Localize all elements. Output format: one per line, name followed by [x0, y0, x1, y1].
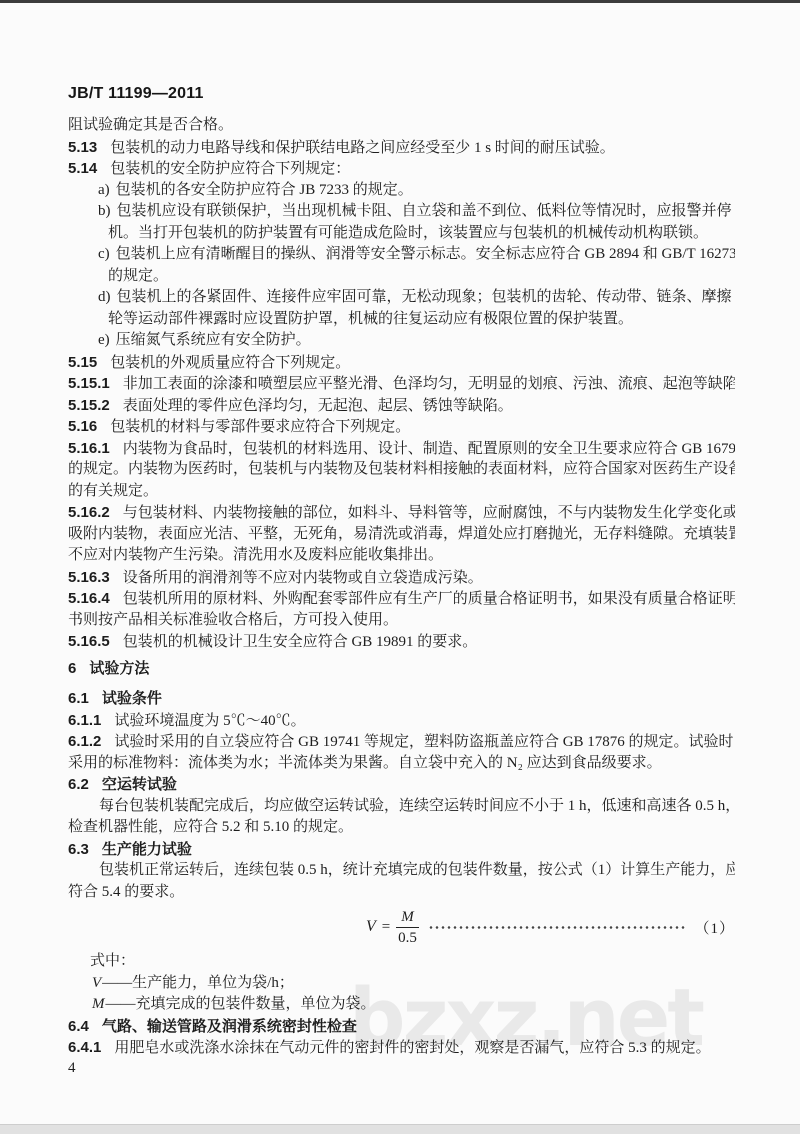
clause-number: 6.4	[68, 1018, 89, 1035]
line-text: 的规定。内装物为医药时，包装机与内装物及包装材料相接触的表面材料，应符合国家对医…	[68, 461, 735, 477]
clause-number: 5.16	[68, 418, 97, 435]
line-text: 阻试验确定其是否合格。	[68, 117, 233, 133]
formula-equals: =	[382, 919, 390, 936]
text-line: 5.16.1内装物为食品时，包装机的材料选用、设计、制造、配置原则的安全卫生要求…	[68, 438, 735, 460]
text-line: 书则按产品相关标准验收合格后，方可投入使用。	[68, 610, 735, 632]
text-line: 轮等运动部件裸露时应设置防护罩，机械的往复运动应有极限位置的保护装置。	[68, 309, 735, 331]
clause-number: 5.15.2	[68, 397, 110, 414]
text-line: 的规定。内装物为医药时，包装机与内装物及包装材料相接触的表面材料，应符合国家对医…	[68, 459, 735, 481]
line-text: 书则按产品相关标准验收合格后，方可投入使用。	[68, 612, 398, 628]
formula-dot-leader	[428, 926, 686, 929]
line-text: 生产能力试验	[102, 841, 192, 858]
formula-equation-number: （1）	[694, 917, 735, 938]
scan-top-edge	[0, 0, 800, 3]
line-text: 包装机的机械设计卫生安全应符合 GB 19891 的要求。	[123, 634, 478, 650]
line-text: 轮等运动部件裸露时应设置防护罩，机械的往复运动应有极限位置的保护装置。	[108, 311, 633, 327]
clause-number: 6.4.1	[68, 1039, 101, 1056]
list-item: e)压缩氮气系统应有安全防护。	[68, 330, 735, 352]
line-text: 与包装材料、内装物接触的部位，如料斗、导料管等，应耐腐蚀，不与内装物发生化学变化…	[123, 505, 735, 521]
text-line: 式中：	[68, 951, 735, 973]
clause-number: 5.15.1	[68, 375, 110, 392]
line-text: 的有关规定。	[68, 483, 158, 499]
text-line: 的有关规定。	[68, 481, 735, 503]
formula-variable-definition: M——充填完成的包装件数量，单位为袋。	[68, 994, 735, 1016]
formula-fraction: M 0.5	[396, 908, 419, 947]
line-text: 机。当打开包装机的防护装置有可能造成危险时，该装置应与包装机的机械传动机构联锁。	[108, 225, 708, 241]
clause-heading: 6.3生产能力试验	[68, 839, 735, 861]
formula-lhs: V	[366, 918, 376, 936]
clause-heading: 6试验方法	[68, 658, 735, 680]
text-line: 6.1.2试验时采用的自立袋应符合 GB 19741 等规定，塑料防盗瓶盖应符合…	[68, 731, 735, 753]
clause-number: a)	[98, 182, 110, 198]
clause-number: 6.1.2	[68, 733, 101, 750]
scan-bottom-edge	[0, 1124, 800, 1134]
line-text: 包装机上的各紧固件、连接件应牢固可靠，无松动现象；包装机的齿轮、传动带、链条、摩…	[117, 289, 732, 305]
text-line: 5.16.4包装机所用的原材料、外购配套零部件应有生产厂的质量合格证明书，如果没…	[68, 588, 735, 610]
line-text: 式中：	[90, 953, 135, 969]
text-line: 5.16包装机的材料与零部件要求应符合下列规定。	[68, 416, 735, 438]
line-text: 吸附内装物，表面应光洁、平整，无死角，易清洗或消毒，焊道处应打磨抛光，无存料缝隙…	[68, 526, 735, 542]
clause-number: 5.16.5	[68, 633, 110, 650]
formula-denominator: 0.5	[398, 928, 417, 947]
text-line: 采用的标准物料：流体类为水；半流体类为果酱。自立袋中充入的 N₂ 应达到食品级要…	[68, 753, 735, 775]
line-text: 试验条件	[102, 690, 162, 707]
formula-numerator: M	[396, 908, 419, 928]
line-text: ——生产能力，单位为袋/h；	[102, 975, 294, 991]
line-text: 用肥皂水或洗涤水涂抹在气动元件的密封件的密封处，观察是否漏气，应符合 5.3 的…	[114, 1040, 710, 1056]
text-line: 检查机器性能，应符合 5.2 和 5.10 的规定。	[68, 817, 735, 839]
clause-heading: 6.1试验条件	[68, 688, 735, 710]
formula-symbol: M	[92, 996, 105, 1012]
formula-variable-definition: V——生产能力，单位为袋/h；	[68, 973, 735, 995]
list-item: b)包装机应设有联锁保护，当出现机械卡阻、自立袋和盖不到位、低料位等情况时，应报…	[68, 201, 735, 223]
line-text: 包装机正常运转后，连续包装 0.5 h，统计充填完成的包装件数量，按公式（1）计…	[99, 862, 735, 878]
text-line: 吸附内装物，表面应光洁、平整，无死角，易清洗或消毒，焊道处应打磨抛光，无存料缝隙…	[68, 524, 735, 546]
body-section-b: 式中：V——生产能力，单位为袋/h；M——充填完成的包装件数量，单位为袋。6.4…	[68, 951, 735, 1059]
text-line: 5.16.3设备所用的润滑剂等不应对内装物或自立袋造成污染。	[68, 567, 735, 589]
line-text: 试验环境温度为 5℃～40℃。	[114, 713, 305, 729]
line-text: 气路、输送管路及润滑系统密封性检查	[102, 1018, 357, 1035]
formula-symbol: V	[92, 975, 101, 991]
line-text: 设备所用的润滑剂等不应对内装物或自立袋造成污染。	[123, 570, 483, 586]
clause-number: 5.16.4	[68, 590, 110, 607]
line-text: ——充填完成的包装件数量，单位为袋。	[106, 996, 376, 1012]
clause-number: b)	[98, 203, 111, 219]
line-text: 检查机器性能，应符合 5.2 和 5.10 的规定。	[68, 819, 353, 835]
line-text: 包装机所用的原材料、外购配套零部件应有生产厂的质量合格证明书，如果没有质量合格证…	[123, 591, 735, 607]
clause-number: 5.15	[68, 354, 97, 371]
text-line: 不应对内装物产生污染。清洗用水及废料应能收集排出。	[68, 545, 735, 567]
line-text: 试验方法	[89, 660, 149, 677]
text-line: 5.14包装机的安全防护应符合下列规定：	[68, 158, 735, 180]
clause-heading: 6.2空运转试验	[68, 774, 735, 796]
line-text: 内装物为食品时，包装机的材料选用、设计、制造、配置原则的安全卫生要求应符合 GB…	[123, 441, 735, 457]
text-line: 5.15.1非加工表面的涂漆和喷塑层应平整光滑、色泽均匀，无明显的划痕、污浊、流…	[68, 373, 735, 395]
list-item: d)包装机上的各紧固件、连接件应牢固可靠，无松动现象；包装机的齿轮、传动带、链条…	[68, 287, 735, 309]
document-body: 阻试验确定其是否合格。5.13包装机的动力电路导线和保护联结电路之间应经受至少 …	[68, 115, 735, 1059]
list-item: a)包装机的各安全防护应符合 JB 7233 的规定。	[68, 180, 735, 202]
line-text: 包装机应设有联锁保护，当出现机械卡阻、自立袋和盖不到位、低料位等情况时，应报警并…	[117, 203, 732, 219]
text-line: 阻试验确定其是否合格。	[68, 115, 735, 137]
document-standard-number: JB/T 11199—2011	[68, 85, 204, 103]
text-line: 每台包装机装配完成后，均应做空运转试验，连续空运转时间应不小于 1 h，低速和高…	[68, 796, 735, 818]
line-text: 采用的标准物料：流体类为水；半流体类为果酱。自立袋中充入的 N₂ 应达到食品级要…	[68, 755, 662, 771]
clause-number: d)	[98, 289, 111, 305]
text-line: 5.13包装机的动力电路导线和保护联结电路之间应经受至少 1 s 时间的耐压试验…	[68, 137, 735, 159]
line-text: 非加工表面的涂漆和喷塑层应平整光滑、色泽均匀，无明显的划痕、污浊、流痕、起泡等缺…	[123, 376, 735, 392]
clause-number: e)	[98, 332, 110, 348]
clause-number: 6.1	[68, 690, 89, 707]
clause-number: 5.14	[68, 160, 97, 177]
text-line: 5.15包装机的外观质量应符合下列规定。	[68, 352, 735, 374]
page-number: 4	[68, 1060, 76, 1077]
text-line: 5.16.5包装机的机械设计卫生安全应符合 GB 19891 的要求。	[68, 631, 735, 653]
line-text: 包装机上应有清晰醒目的操纵、润滑等安全警示标志。安全标志应符合 GB 2894 …	[116, 246, 735, 262]
text-line: 符合 5.4 的要求。	[68, 882, 735, 904]
text-line: 5.15.2表面处理的零件应色泽均匀，无起泡、起层、锈蚀等缺陷。	[68, 395, 735, 417]
line-text: 试验时采用的自立袋应符合 GB 19741 等规定，塑料防盗瓶盖应符合 GB 1…	[114, 734, 733, 750]
line-text: 符合 5.4 的要求。	[68, 884, 184, 900]
text-line: 的规定。	[68, 266, 735, 288]
formula-1: V = M 0.5 （1）	[68, 905, 735, 949]
line-text: 每台包装机装配完成后，均应做空运转试验，连续空运转时间应不小于 1 h，低速和高…	[99, 798, 735, 814]
clause-number: 5.16.1	[68, 440, 110, 457]
list-item: c)包装机上应有清晰醒目的操纵、润滑等安全警示标志。安全标志应符合 GB 289…	[68, 244, 735, 266]
body-section-a: 阻试验确定其是否合格。5.13包装机的动力电路导线和保护联结电路之间应经受至少 …	[68, 115, 735, 903]
clause-number: 6.1.1	[68, 712, 101, 729]
text-line: 5.16.2与包装材料、内装物接触的部位，如料斗、导料管等，应耐腐蚀，不与内装物…	[68, 502, 735, 524]
clause-number: 6.2	[68, 776, 89, 793]
text-line: 6.4.1用肥皂水或洗涤水涂抹在气动元件的密封件的密封处，观察是否漏气，应符合 …	[68, 1037, 735, 1059]
clause-number: 5.13	[68, 139, 97, 156]
line-text: 包装机的安全防护应符合下列规定：	[110, 161, 350, 177]
clause-number: 5.16.2	[68, 504, 110, 521]
line-text: 压缩氮气系统应有安全防护。	[116, 332, 311, 348]
line-text: 包装机的材料与零部件要求应符合下列规定。	[110, 419, 410, 435]
line-text: 包装机的外观质量应符合下列规定。	[110, 355, 350, 371]
line-text: 空运转试验	[102, 776, 177, 793]
text-line: 6.1.1试验环境温度为 5℃～40℃。	[68, 710, 735, 732]
line-text: 不应对内装物产生污染。清洗用水及废料应能收集排出。	[68, 547, 443, 563]
clause-number: 6.3	[68, 841, 89, 858]
line-text: 的规定。	[108, 268, 168, 284]
clause-heading: 6.4气路、输送管路及润滑系统密封性检查	[68, 1016, 735, 1038]
clause-number: c)	[98, 246, 110, 262]
text-line: 包装机正常运转后，连续包装 0.5 h，统计充填完成的包装件数量，按公式（1）计…	[68, 860, 735, 882]
line-text: 包装机的动力电路导线和保护联结电路之间应经受至少 1 s 时间的耐压试验。	[110, 140, 615, 156]
clause-number: 6	[68, 660, 76, 677]
clause-number: 5.16.3	[68, 569, 110, 586]
line-text: 表面处理的零件应色泽均匀，无起泡、起层、锈蚀等缺陷。	[123, 398, 513, 414]
line-text: 包装机的各安全防护应符合 JB 7233 的规定。	[116, 182, 413, 198]
text-line: 机。当打开包装机的防护装置有可能造成危险时，该装置应与包装机的机械传动机构联锁。	[68, 223, 735, 245]
